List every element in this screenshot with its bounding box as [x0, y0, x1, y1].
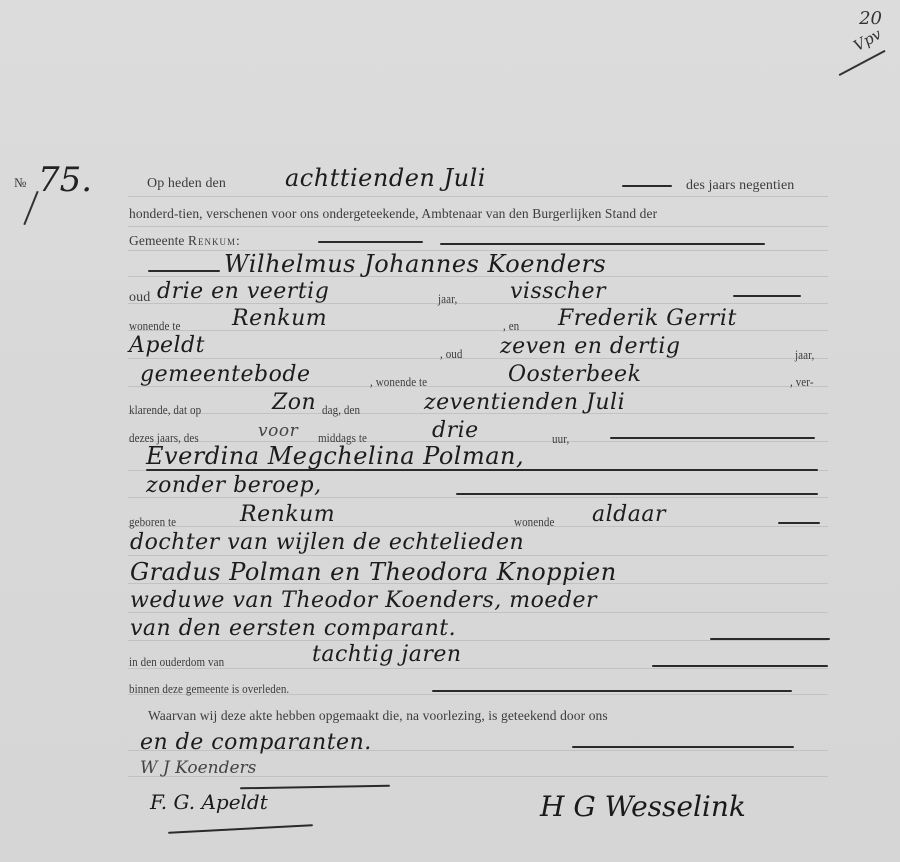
ruled-line: [128, 226, 828, 227]
fill-dash: [456, 493, 818, 495]
municipality-name: Renkum: [188, 233, 236, 248]
printed-text: geboren te: [129, 514, 176, 530]
handwritten-age: drie en veertig: [157, 279, 329, 304]
ruled-line: [128, 358, 828, 359]
handwritten-residence: Renkum: [232, 306, 327, 331]
handwritten-ampm: voor: [258, 421, 298, 441]
fill-dash: [440, 243, 765, 245]
fill-dash: [318, 241, 423, 243]
printed-text: , wonende te: [370, 374, 427, 390]
handwritten-hour: drie: [432, 418, 479, 443]
handwritten-residence: Oosterbeek: [508, 362, 641, 387]
printed-text: Waarvan wij deze akte hebben opgemaakt d…: [148, 708, 608, 724]
fill-dash: [710, 638, 830, 640]
handwritten-weekday: Zon: [272, 390, 316, 415]
fill-dash: [652, 665, 828, 667]
printed-text: jaar,: [438, 291, 457, 307]
printed-text: Gemeente Renkum:: [129, 233, 240, 249]
handwritten-date: achttienden Juli: [285, 164, 486, 192]
printed-text: wonende: [514, 514, 554, 530]
printed-text: jaar,: [795, 347, 814, 363]
signature-underline: [240, 785, 390, 789]
printed-text: honderd-tien, verschenen voor ons onderg…: [129, 206, 657, 222]
handwritten-declarant-2-name: Frederik Gerrit: [558, 306, 737, 331]
handwritten-deceased-name: Everdina Megchelina Polman,: [146, 442, 524, 470]
fill-dash: [733, 295, 801, 297]
printed-text: in den ouderdom van: [129, 654, 224, 670]
printed-text: , oud: [440, 346, 463, 362]
handwritten-birthplace: Renkum: [240, 502, 335, 527]
handwritten-widow-line: weduwe van Theodor Koenders, moeder: [130, 588, 597, 613]
act-number-label: №: [14, 175, 26, 191]
handwritten-closing: en de comparanten.: [140, 730, 372, 755]
handwritten-date-of-death: zeventienden Juli: [424, 390, 625, 415]
printed-text: oud: [129, 290, 150, 306]
handwritten-parents-line: dochter van wijlen de echtelieden: [130, 530, 524, 555]
handwritten-parents-names: Gradus Polman en Theodora Knoppien: [130, 558, 617, 586]
underline: [146, 469, 818, 471]
handwritten-relation-line: van den eersten comparant.: [130, 616, 456, 641]
signature-declarant-1: W J Koenders: [140, 758, 256, 778]
fill-dash: [610, 437, 815, 439]
handwritten-age: zeven en dertig: [500, 334, 680, 359]
handwritten-occupation: gemeentebode: [140, 362, 310, 387]
printed-text: des jaars negentien: [686, 178, 794, 194]
printed-text: uur,: [552, 431, 569, 447]
fill-dash: [778, 522, 820, 524]
signature-registrar: H G Wesselink: [540, 790, 746, 823]
printed-text: Gemeente: [129, 233, 185, 248]
handwritten-age-at-death: tachtig jaren: [312, 642, 462, 667]
margin-word: Vpv: [851, 25, 885, 55]
handwritten-occupation: zonder beroep,: [146, 473, 322, 498]
fill-dash: [432, 690, 792, 692]
signature-underline: [168, 824, 313, 833]
ruled-line: [128, 555, 828, 556]
act-number: 75.: [38, 160, 92, 200]
handwritten-declarant-2-surname: Apeldt: [129, 333, 205, 358]
document-page: 20 Vpv № 75. Op heden den achttienden Ju…: [0, 0, 900, 862]
printed-text: binnen deze gemeente is overleden.: [129, 681, 289, 697]
printed-text: :: [236, 233, 240, 248]
printed-text: Op heden den: [147, 176, 226, 192]
handwritten-occupation: visscher: [510, 279, 606, 304]
ruled-line: [128, 526, 828, 527]
ruled-line: [128, 196, 828, 197]
fill-dash: [572, 746, 794, 748]
margin-number: 20: [853, 8, 882, 29]
fill-dash: [622, 185, 672, 187]
printed-text: wonende te: [129, 318, 180, 334]
signature-declarant-2: F. G. Apeldt: [150, 790, 268, 814]
printed-text: , en: [503, 318, 519, 334]
margin-underline: [839, 50, 886, 76]
fill-dash: [148, 270, 220, 272]
printed-text: klarende, dat op: [129, 402, 201, 418]
handwritten-declarant-1-name: Wilhelmus Johannes Koenders: [224, 250, 606, 278]
printed-text: dag, den: [322, 402, 360, 418]
printed-text: , ver-: [790, 374, 814, 390]
handwritten-residence: aldaar: [592, 502, 666, 527]
margin-annotation: 20 Vpv: [853, 8, 882, 49]
ruled-line: [128, 668, 828, 669]
act-number-stroke: [23, 191, 38, 225]
